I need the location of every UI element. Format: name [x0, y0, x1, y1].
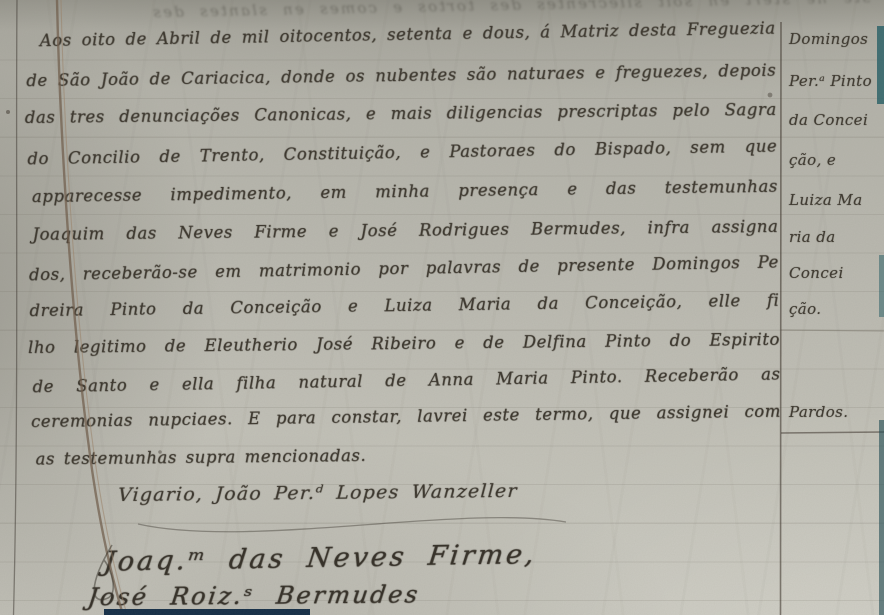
margin-note-line: Domingos	[789, 30, 881, 48]
vicar-signature-line: Vigario, João Per.ᵈ Lopes Wanzeller	[117, 480, 518, 506]
witness-signature-2: José Roiz.ˢ Bermudes	[86, 581, 421, 612]
margin-note-line: ção.	[789, 300, 881, 318]
margin-note-line: Concei	[789, 264, 881, 282]
scanned-manuscript-page: ste ne stert en soit silecrentes des tor…	[0, 0, 884, 615]
margin-column: DomingosPer.ᵃ Pintoda Conceição, eLuiza …	[0, 0, 884, 615]
margin-note-line: Pardos.	[789, 403, 881, 421]
margin-note-line: Luiza Ma	[789, 191, 881, 209]
margin-note-line: ção, e	[789, 151, 881, 169]
margin-note-line: da Concei	[789, 111, 881, 129]
margin-note-line: Per.ᵃ Pinto	[789, 72, 881, 90]
margin-note-line: ria da	[789, 228, 881, 246]
